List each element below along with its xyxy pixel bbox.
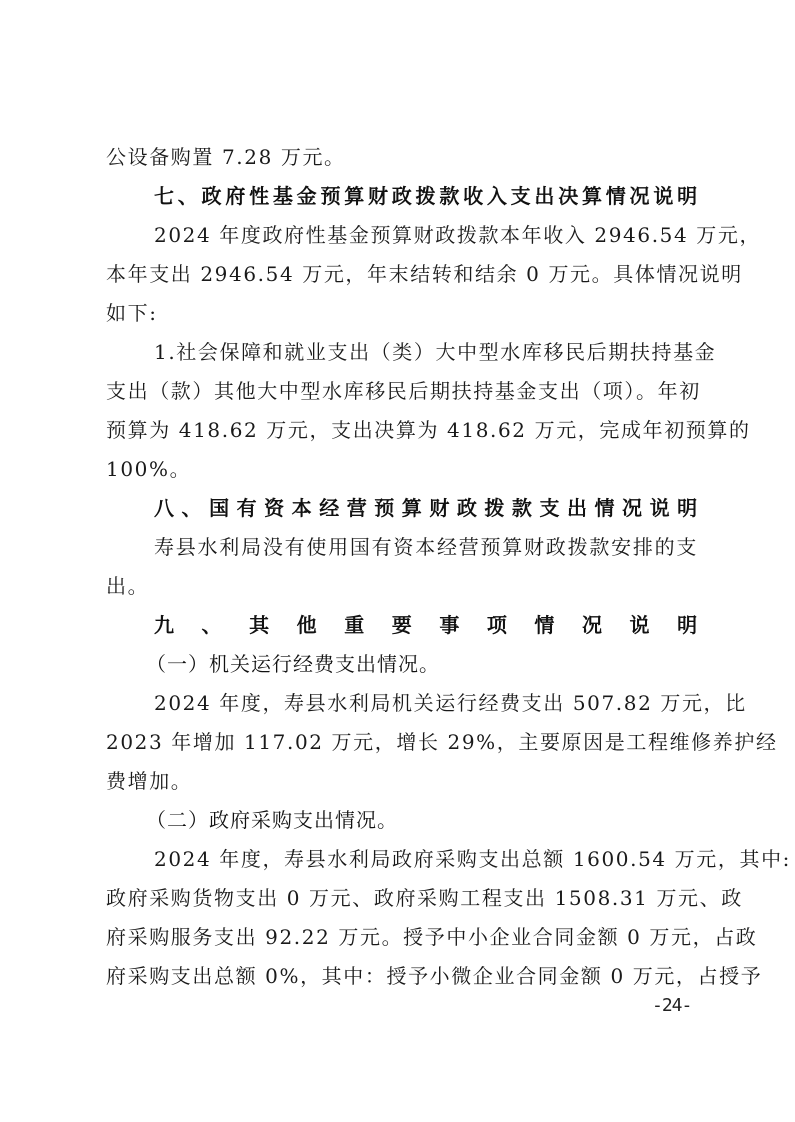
subheading-1-operating-expenses: （一）机关运行经费支出情况。 [146, 645, 738, 684]
paragraph-line: 政府采购货物支出 0 万元、政府采购工程支出 1508.31 万元、政 [106, 879, 698, 918]
paragraph-line: 府采购支出总额 0%，其中：授予小微企业合同金额 0 万元，占授予 [106, 957, 698, 996]
paragraph-line: 2024 年度，寿县水利局政府采购支出总额 1600.54 万元，其中: [154, 840, 698, 879]
paragraph-line: 2024 年度，寿县水利局机关运行经费支出 507.82 万元，比 [154, 684, 698, 723]
subheading-2-gov-procurement: （二）政府采购支出情况。 [146, 801, 738, 840]
section-heading-7-gov-fund-budget: 七、政府性基金预算财政拨款收入支出决算情况说明 [154, 177, 698, 216]
paragraph-line: 寿县水利局没有使用国有资本经营预算财政拨款安排的支 [154, 528, 698, 567]
paragraph-line: 预算为 418.62 万元，支出决算为 418.62 万元，完成年初预算的 [106, 411, 698, 450]
paragraph-line: 出。 [106, 567, 698, 606]
paragraph-line: 2023 年增加 117.02 万元，增长 29%，主要原因是工程维修养护经 [106, 723, 698, 762]
paragraph-line-office-equipment: 公设备购置 7.28 万元。 [106, 138, 698, 177]
paragraph-line: 如下: [106, 294, 698, 333]
paragraph-line: 本年支出 2946.54 万元，年末结转和结余 0 万元。具体情况说明 [106, 255, 698, 294]
paragraph-line: 2024 年度政府性基金预算财政拨款本年收入 2946.54 万元， [154, 216, 698, 255]
section-heading-8-state-capital-budget: 八、国有资本经营预算财政拨款支出情况说明 [154, 489, 698, 528]
page-number: -24- [652, 994, 691, 1018]
list-item-1-social-security: 1.社会保障和就业支出（类）大中型水库移民后期扶持基金 [154, 333, 698, 372]
paragraph-line: 费增加。 [106, 762, 698, 801]
paragraph-line: 支出（款）其他大中型水库移民后期扶持基金支出（项）。年初 [106, 372, 698, 411]
paragraph-line: 府采购服务支出 92.22 万元。授予中小企业合同金额 0 万元，占政 [106, 918, 698, 957]
paragraph-line: 100%。 [106, 450, 698, 489]
document-page: 公设备购置 7.28 万元。 七、政府性基金预算财政拨款收入支出决算情况说明 2… [0, 0, 795, 1122]
section-heading-9-other-matters: 九、其他重要事项情况说明 [154, 606, 698, 645]
